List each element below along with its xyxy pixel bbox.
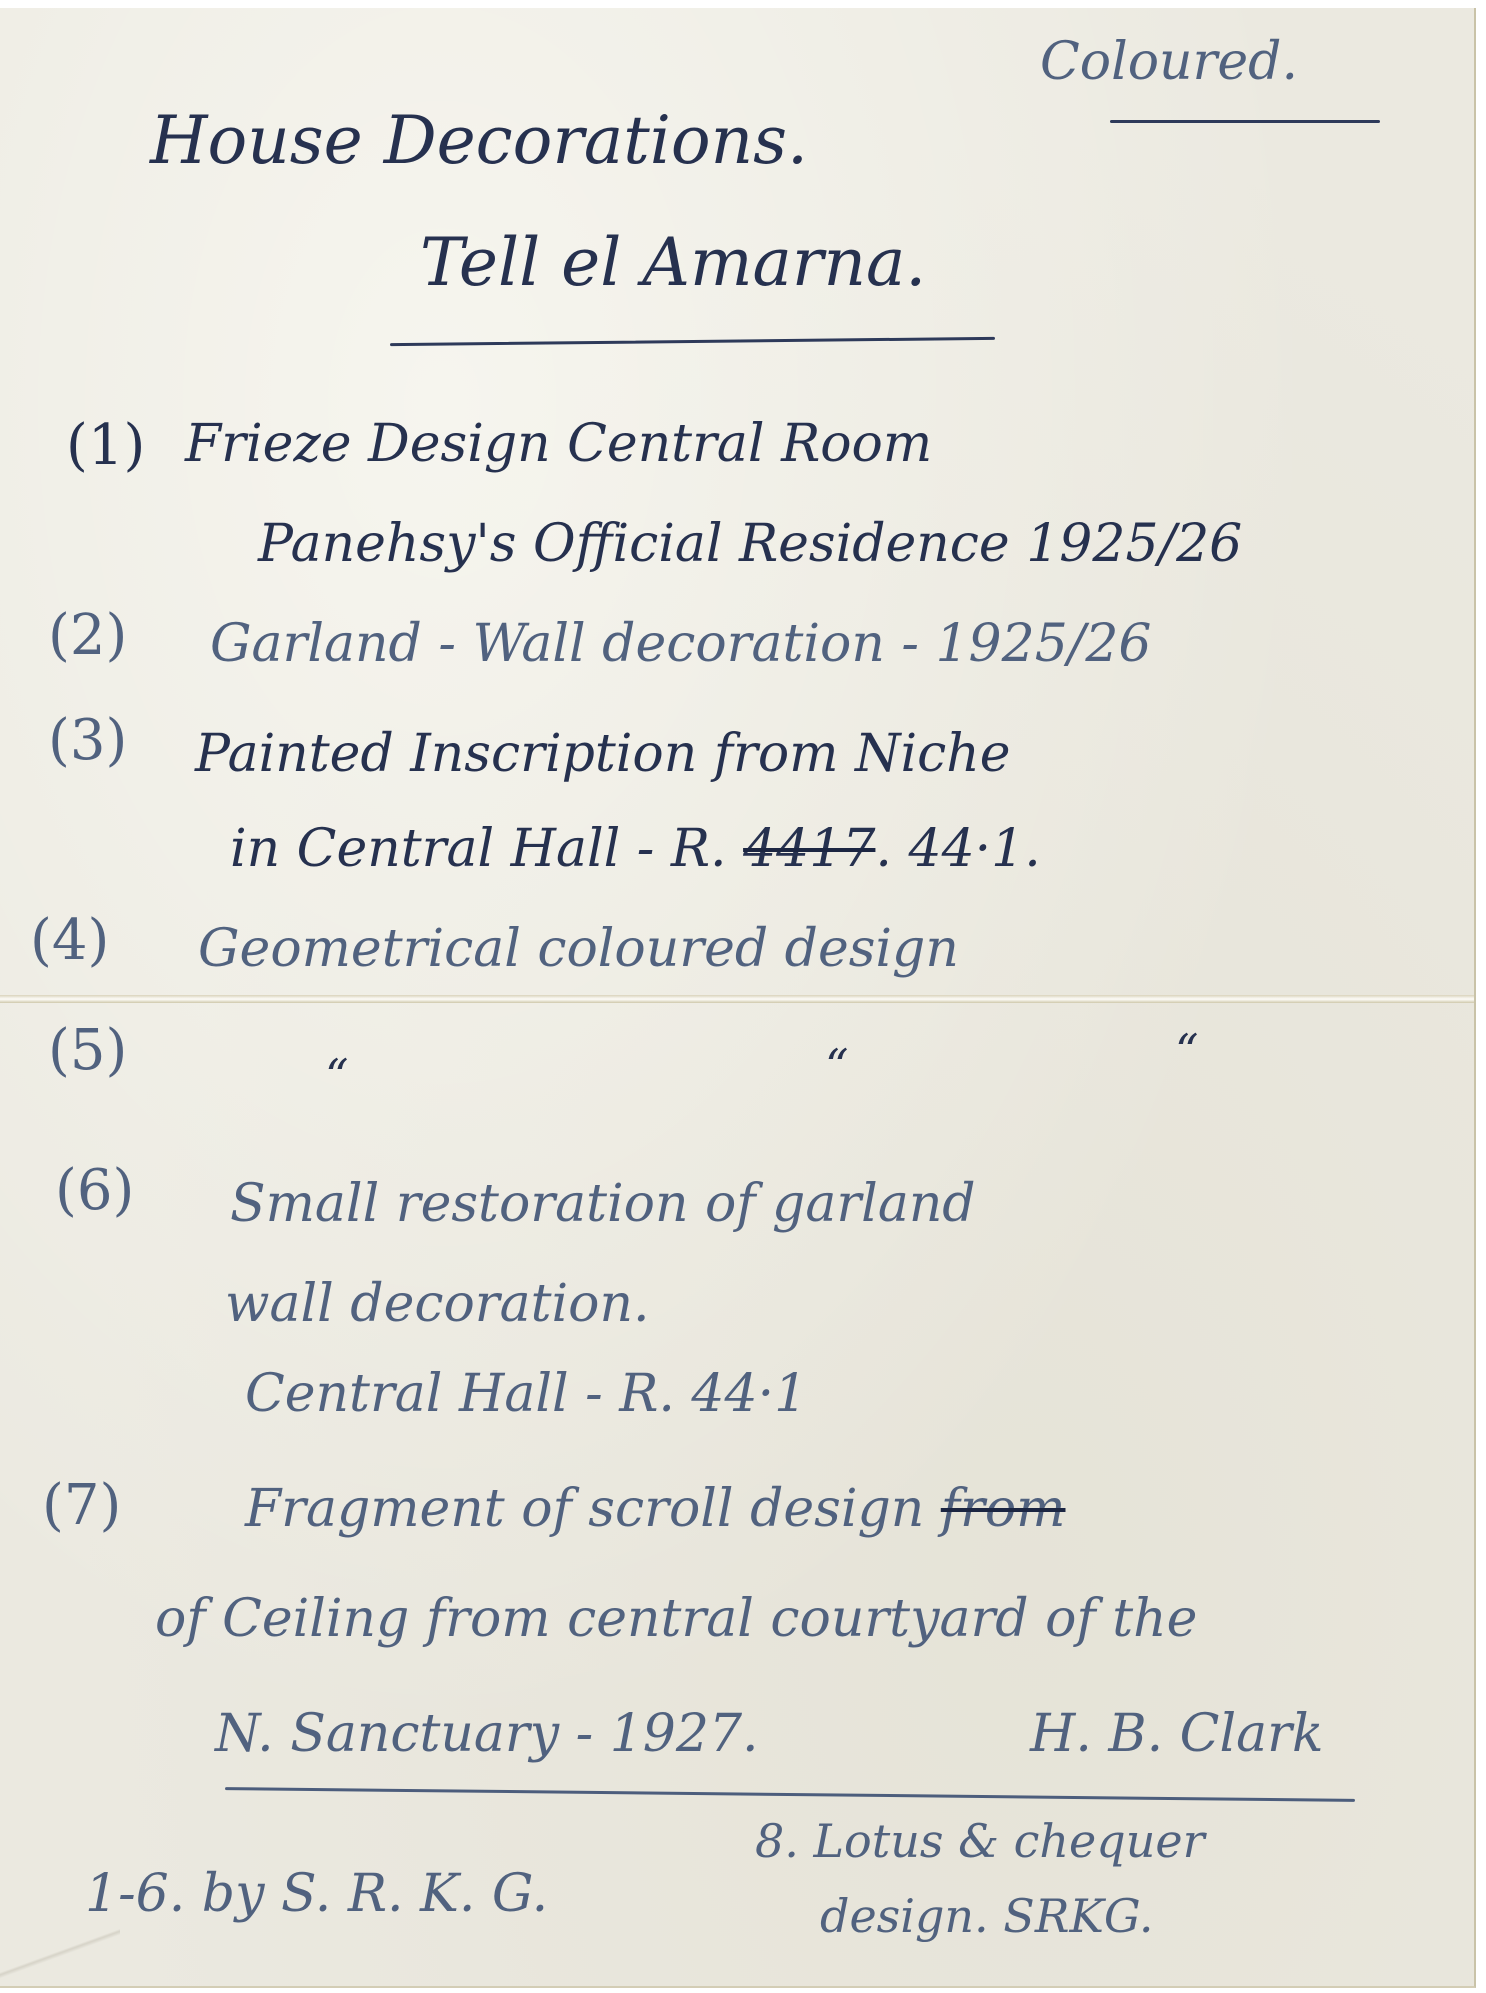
item-7-struck-word: from <box>941 1479 1066 1539</box>
item-2-line-1: Garland - Wall decoration - 1925/26 <box>210 618 1151 670</box>
title-tell-el-amarna: Tell el Amarna. <box>420 230 926 296</box>
item-7-description: Fragment of scroll design <box>245 1479 924 1539</box>
item-3-line-1: Painted Inscription from Niche <box>195 728 1011 780</box>
item-1-line-2: Panehsy's Official Residence 1925/26 <box>258 518 1242 570</box>
handwritten-sheet: Coloured. House Decorations. Tell el Ama… <box>0 8 1476 1988</box>
footer-item-8-line-1: 8. Lotus & chequer <box>755 1818 1205 1864</box>
item-3-location: in Central Hall - R. <box>230 819 727 879</box>
item-5-ditto-3: “ <box>1175 1028 1199 1074</box>
item-6-number: (6) <box>55 1163 134 1219</box>
item-4-line-1: Geometrical coloured design <box>198 923 959 975</box>
item-7-line-3: N. Sanctuary - 1927. <box>215 1708 759 1760</box>
title-underline <box>390 337 995 346</box>
title-house-decorations: House Decorations. <box>150 108 808 174</box>
item-7-signature: H. B. Clark <box>1030 1708 1323 1760</box>
item-6-line-3: Central Hall - R. 44·1 <box>245 1368 807 1420</box>
item-3-room-number: . 44·1. <box>875 819 1040 879</box>
item-1-number: (1) <box>66 418 145 474</box>
corner-fold <box>0 1913 120 1993</box>
item-5-number: (5) <box>48 1023 127 1079</box>
item-5-ditto-2: “ <box>825 1043 849 1089</box>
item-2-number: (2) <box>48 608 127 664</box>
item-7-line-2: of Ceiling from central courtyard of the <box>155 1593 1197 1645</box>
coloured-label: Coloured. <box>1040 36 1298 88</box>
footer-item-8-line-2: design. SRKG. <box>820 1893 1154 1939</box>
item-4-number: (4) <box>30 913 109 969</box>
item-3-line-2: in Central Hall - R. 4417. 44·1. <box>230 823 1041 875</box>
item-6-line-1: Small restoration of garland <box>230 1178 976 1230</box>
coloured-underline <box>1110 120 1380 123</box>
item-3-number: (3) <box>48 713 127 769</box>
fold-crease <box>0 995 1474 1003</box>
item-6-line-2: wall decoration. <box>225 1278 650 1330</box>
footer-attribution: 1-6. by S. R. K. G. <box>85 1868 548 1920</box>
item-3-struck-number: 4417 <box>743 819 875 879</box>
item-1-line-1: Frieze Design Central Room <box>185 418 932 470</box>
item-7-line-1: Fragment of scroll design from <box>245 1483 1065 1535</box>
signature-underline <box>225 1787 1355 1802</box>
item-7-number: (7) <box>42 1478 121 1534</box>
item-5-ditto-1: “ <box>325 1053 349 1099</box>
